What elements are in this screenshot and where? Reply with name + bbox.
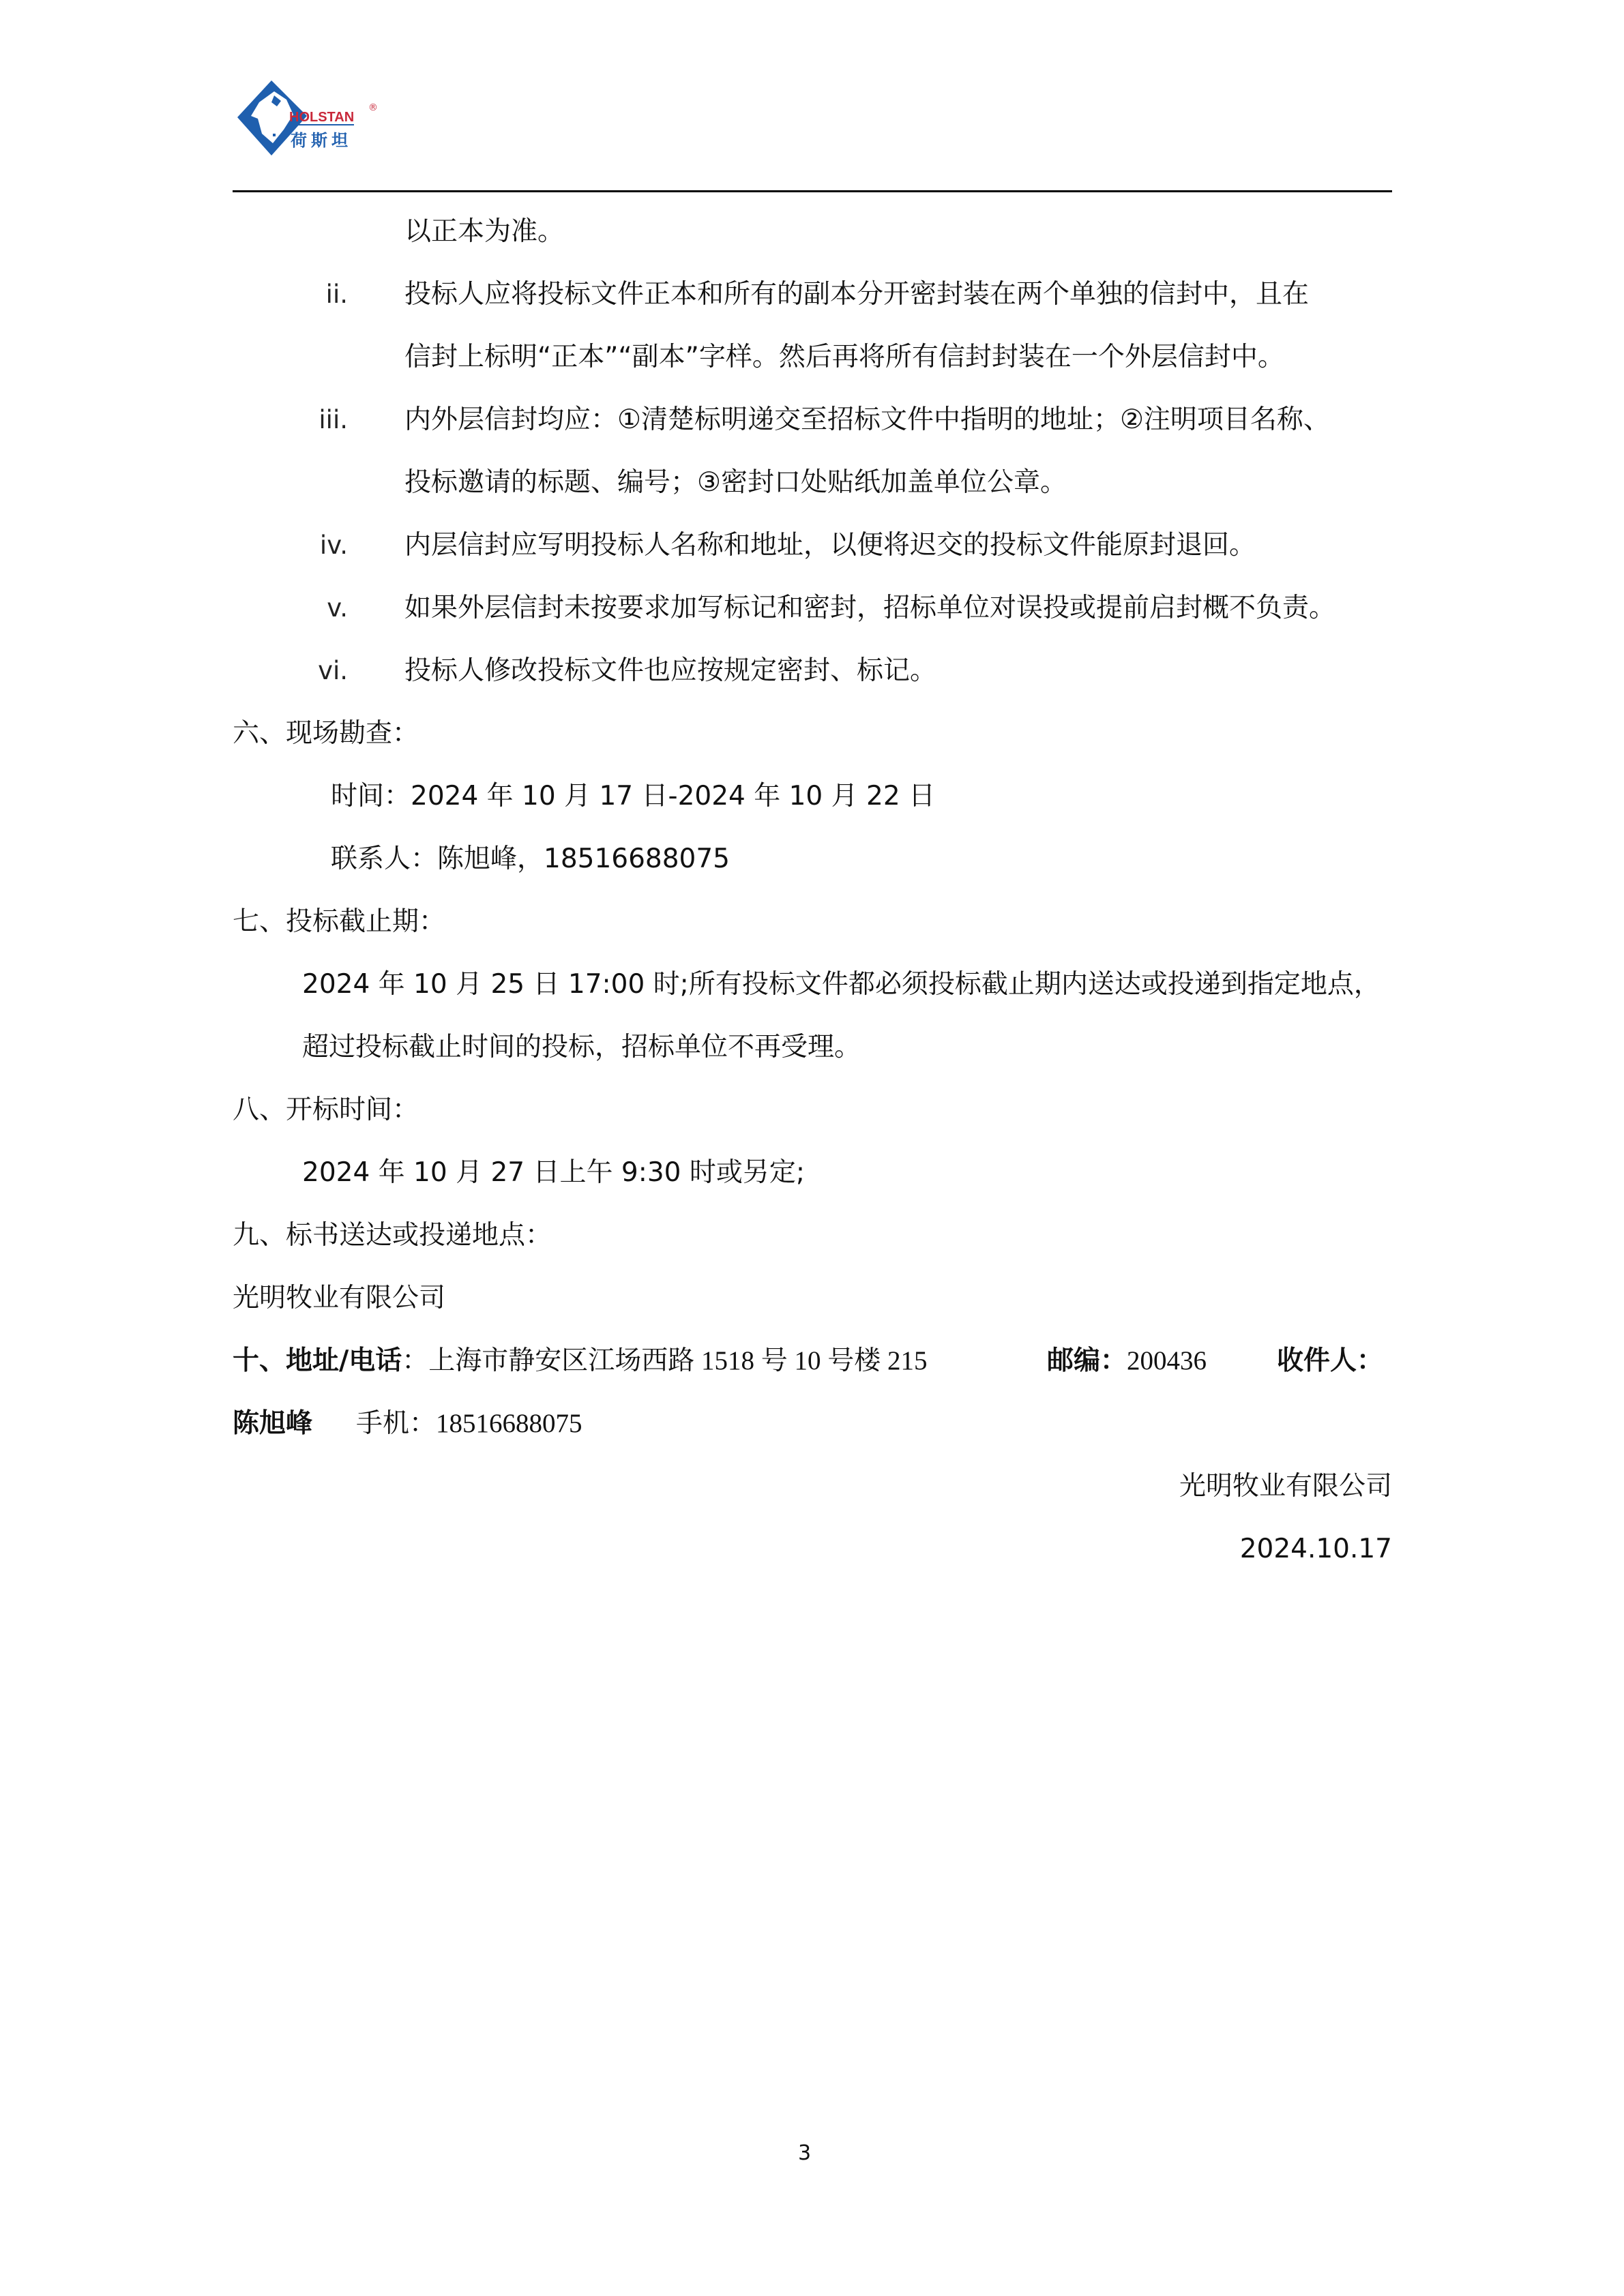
recipient-line: 陈旭峰手机：18516688075 bbox=[233, 1408, 582, 1440]
item-iii-line-1: 内外层信封均应：①清楚标明递交至招标文件中指明的地址；②注明项目名称、 bbox=[404, 404, 1330, 436]
signature-date: 2024.10.17 bbox=[1240, 1534, 1392, 1565]
mobile-label: 手机： bbox=[356, 1408, 436, 1439]
section-10-address-line: 十、地址/电话：上海市静安区江场西路 1518 号 10 号楼 215 bbox=[233, 1345, 928, 1377]
item-number: iv. bbox=[300, 530, 348, 561]
item-number: ii. bbox=[300, 279, 348, 310]
postcode-value: 200436 bbox=[1127, 1346, 1207, 1375]
logo-registered-mark: ® bbox=[368, 102, 378, 113]
colon: ： bbox=[402, 1345, 428, 1376]
header-divider bbox=[233, 190, 1392, 192]
item-ii-line-1: 投标人应将投标文件正本和所有的副本分开密封装在两个单独的信封中，且在 bbox=[404, 279, 1392, 310]
item-number: vi. bbox=[300, 655, 348, 687]
item-vi-line-1: 投标人修改投标文件也应按规定密封、标记。 bbox=[404, 655, 936, 687]
item-iv-line-1: 内层信封应写明投标人名称和地址，以便将迟交的投标文件能原封退回。 bbox=[404, 530, 1256, 561]
logo-brand-en: HOLSTAN bbox=[289, 110, 354, 125]
deadline-line-1: 2024 年 10 月 25 日 17:00 时;所有投标文件都必须投标截止期内… bbox=[302, 969, 1381, 1000]
signature-company: 光明牧业有限公司 bbox=[1179, 1471, 1392, 1502]
section-6-heading: 六、现场勘查： bbox=[233, 718, 419, 749]
page-number: 3 bbox=[798, 2141, 811, 2166]
section-7-heading: 七、投标截止期： bbox=[233, 906, 445, 938]
item-number: v. bbox=[300, 593, 348, 624]
site-visit-time-value: 2024 年 10 月 17 日-2024 年 10 月 22 日 bbox=[411, 781, 935, 811]
section-8-heading: 八、开标时间： bbox=[233, 1094, 419, 1126]
site-visit-contact: 联系人：陈旭峰，18516688075 bbox=[331, 844, 730, 875]
item-v-line-1: 如果外层信封未按要求加写标记和密封，招标单位对误投或提前启封概不负责。 bbox=[404, 593, 1335, 624]
item-iii-line-2: 投标邀请的标题、编号；③密封口处贴纸加盖单位公章。 bbox=[404, 467, 1067, 498]
section-9-heading: 九、标书送达或投递地点： bbox=[233, 1220, 552, 1251]
contact-label: 联系人： bbox=[331, 844, 437, 874]
section-10-heading: 十、地址/电话 bbox=[233, 1345, 402, 1376]
recipient-name: 陈旭峰 bbox=[233, 1408, 312, 1439]
site-visit-time-label: 时间： bbox=[331, 781, 411, 811]
deadline-line-2: 超过投标截止时间的投标，招标单位不再受理。 bbox=[302, 1032, 861, 1063]
contact-value: 陈旭峰，18516688075 bbox=[437, 844, 730, 874]
bid-opening-time: 2024 年 10 月 27 日上午 9:30 时或另定; bbox=[302, 1157, 805, 1189]
holstan-logo: HOLSTAN ® 荷斯坦 bbox=[232, 75, 382, 164]
postcode: 邮编：200436 bbox=[1047, 1345, 1207, 1377]
logo-brand-cn: 荷斯坦 bbox=[291, 127, 352, 151]
continuation-text: 以正本为准。 bbox=[404, 216, 564, 248]
recipient-label: 收件人： bbox=[1277, 1345, 1383, 1377]
mobile-value: 18516688075 bbox=[436, 1409, 582, 1438]
site-visit-time: 时间：2024 年 10 月 17 日-2024 年 10 月 22 日 bbox=[331, 781, 935, 812]
item-ii-line-2: 信封上标明“正本”“副本”字样。然后再将所有信封封装在一个外层信封中。 bbox=[404, 342, 1284, 373]
address-value: 上海市静安区江场西路 1518 号 10 号楼 215 bbox=[428, 1346, 927, 1375]
postcode-label: 邮编： bbox=[1047, 1345, 1127, 1376]
item-number: iii. bbox=[300, 404, 348, 436]
delivery-company: 光明牧业有限公司 bbox=[233, 1283, 445, 1314]
